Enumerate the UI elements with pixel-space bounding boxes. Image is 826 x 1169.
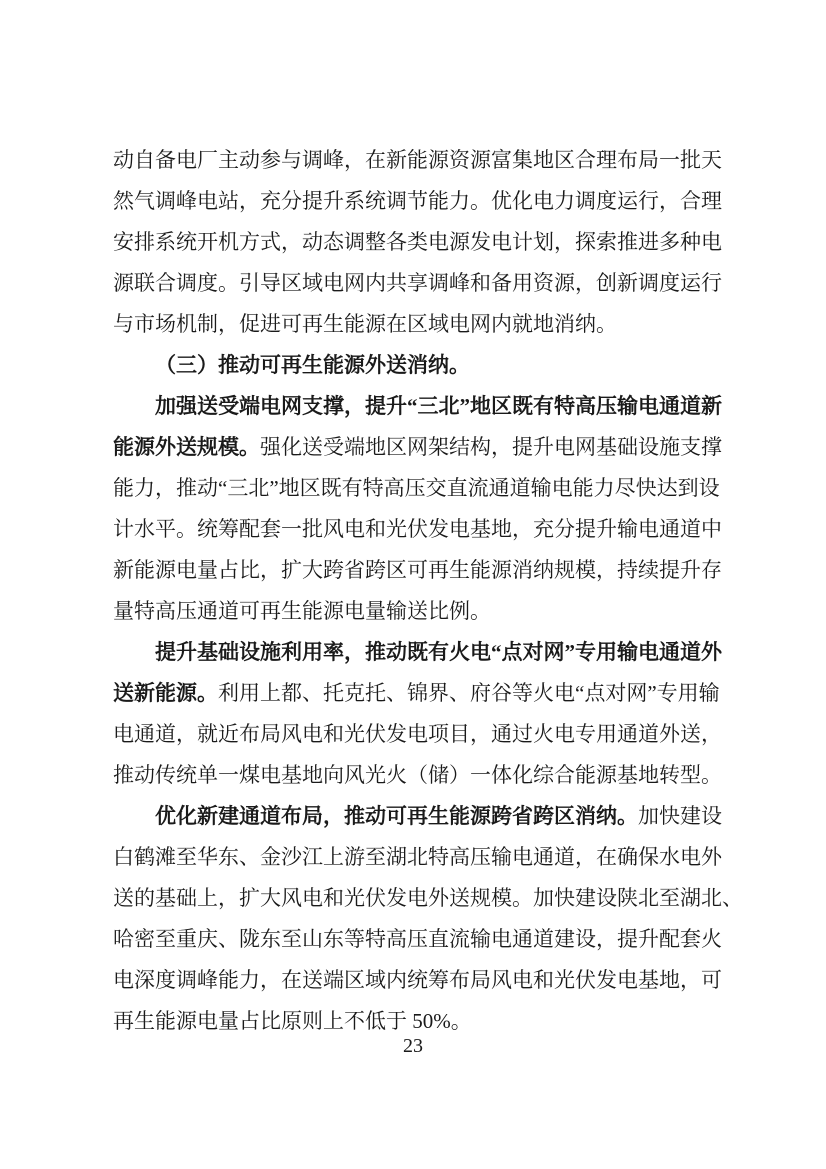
text-line: 电深度调峰能力，在送端区域内统筹布局风电和光伏发电基地，可: [113, 960, 718, 1001]
text-segment: 动自备电厂主动参与调峰，在新能源资源富集地区合理布局一批天: [113, 148, 722, 172]
text-line: 加强送受端电网支撑，提升“三北”地区既有特高压输电通道新: [113, 386, 718, 427]
text-segment: 哈密至重庆、陇东至山东等特高压直流输电通道建设，提升配套火: [113, 927, 722, 951]
emphasis-text-segment: 优化新建通道布局，推动可再生能源跨省跨区消纳。: [155, 804, 638, 828]
text-line: 动自备电厂主动参与调峰，在新能源资源富集地区合理布局一批天: [113, 140, 718, 181]
text-segment: 与市场机制，促进可再生能源在区域电网内就地消纳。: [113, 312, 617, 336]
text-segment: 安排系统开机方式，动态调整各类电源发电计划，探索推进多种电: [113, 230, 722, 254]
text-line: 然气调峰电站，充分提升系统调节能力。优化电力调度运行，合理: [113, 181, 718, 222]
text-segment: 利用上都、托克托、锦界、府谷等火电“点对网”专用输: [218, 681, 720, 705]
text-line: 量特高压通道可再生能源电量输送比例。: [113, 591, 718, 632]
emphasis-text-segment: 提升基础设施利用率，推动既有火电“点对网”专用输电通道外: [155, 640, 722, 664]
text-line: 电通道，就近布局风电和光伏发电项目，通过火电专用通道外送，: [113, 714, 718, 755]
text-line: 新能源电量占比，扩大跨省跨区可再生能源消纳规模，持续提升存: [113, 550, 718, 591]
text-line: 推动传统单一煤电基地向风光火（储）一体化综合能源基地转型。: [113, 755, 718, 796]
text-line: 与市场机制，促进可再生能源在区域电网内就地消纳。: [113, 304, 718, 345]
document-page: 动自备电厂主动参与调峰，在新能源资源富集地区合理布局一批天然气调峰电站，充分提升…: [0, 0, 826, 1169]
text-line: 白鹤滩至华东、金沙江上游至湖北特高压输电通道，在确保水电外: [113, 837, 718, 878]
text-line: 源联合调度。引导区域电网内共享调峰和备用资源，创新调度运行: [113, 263, 718, 304]
text-line: 送新能源。利用上都、托克托、锦界、府谷等火电“点对网”专用输: [113, 673, 718, 714]
text-segment: 送的基础上，扩大风电和光伏发电外送规模。加快建设陕北至湖北、: [113, 886, 743, 910]
emphasis-text-segment: 加强送受端电网支撑，提升“三北”地区既有特高压输电通道新: [155, 394, 722, 418]
text-line: 计水平。统筹配套一批风电和光伏发电基地，充分提升输电通道中: [113, 509, 718, 550]
text-line: 提升基础设施利用率，推动既有火电“点对网”专用输电通道外: [113, 632, 718, 673]
emphasis-text-segment: 能源外送规模。: [113, 435, 260, 459]
text-line: 送的基础上，扩大风电和光伏发电外送规模。加快建设陕北至湖北、: [113, 878, 718, 919]
text-segment: 推动传统单一煤电基地向风光火（储）一体化综合能源基地转型。: [113, 763, 722, 787]
text-segment: 电深度调峰能力，在送端区域内统筹布局风电和光伏发电基地，可: [113, 968, 722, 992]
text-line: 哈密至重庆、陇东至山东等特高压直流输电通道建设，提升配套火: [113, 919, 718, 960]
emphasis-text-segment: 送新能源。: [113, 681, 218, 705]
text-line: 优化新建通道布局，推动可再生能源跨省跨区消纳。加快建设: [113, 796, 718, 837]
text-segment: 量特高压通道可再生能源电量输送比例。: [113, 599, 491, 623]
text-segment: 能力，推动“三北”地区既有特高压交直流通道输电能力尽快达到设: [113, 476, 720, 500]
text-line: 安排系统开机方式，动态调整各类电源发电计划，探索推进多种电: [113, 222, 718, 263]
text-segment: 源联合调度。引导区域电网内共享调峰和备用资源，创新调度运行: [113, 271, 722, 295]
text-segment: 新能源电量占比，扩大跨省跨区可再生能源消纳规模，持续提升存: [113, 558, 722, 582]
text-segment: 再生能源电量占比原则上不低于 50%。: [113, 1009, 472, 1033]
text-line: 能力，推动“三北”地区既有特高压交直流通道输电能力尽快达到设: [113, 468, 718, 509]
text-segment: 计水平。统筹配套一批风电和光伏发电基地，充分提升输电通道中: [113, 517, 722, 541]
page-number: 23: [0, 1032, 826, 1060]
section-heading: （三）推动可再生能源外送消纳。: [113, 345, 718, 386]
emphasis-text-segment: （三）推动可再生能源外送消纳。: [155, 353, 470, 377]
text-segment: 电通道，就近布局风电和光伏发电项目，通过火电专用通道外送，: [113, 722, 722, 746]
text-segment: 白鹤滩至华东、金沙江上游至湖北特高压输电通道，在确保水电外: [113, 845, 722, 869]
text-segment: 加快建设: [638, 804, 722, 828]
text-segment: 然气调峰电站，充分提升系统调节能力。优化电力调度运行，合理: [113, 189, 722, 213]
text-segment: 强化送受端地区网架结构，提升电网基础设施支撑: [260, 435, 722, 459]
document-body: 动自备电厂主动参与调峰，在新能源资源富集地区合理布局一批天然气调峰电站，充分提升…: [113, 140, 718, 1042]
text-line: 能源外送规模。强化送受端地区网架结构，提升电网基础设施支撑: [113, 427, 718, 468]
